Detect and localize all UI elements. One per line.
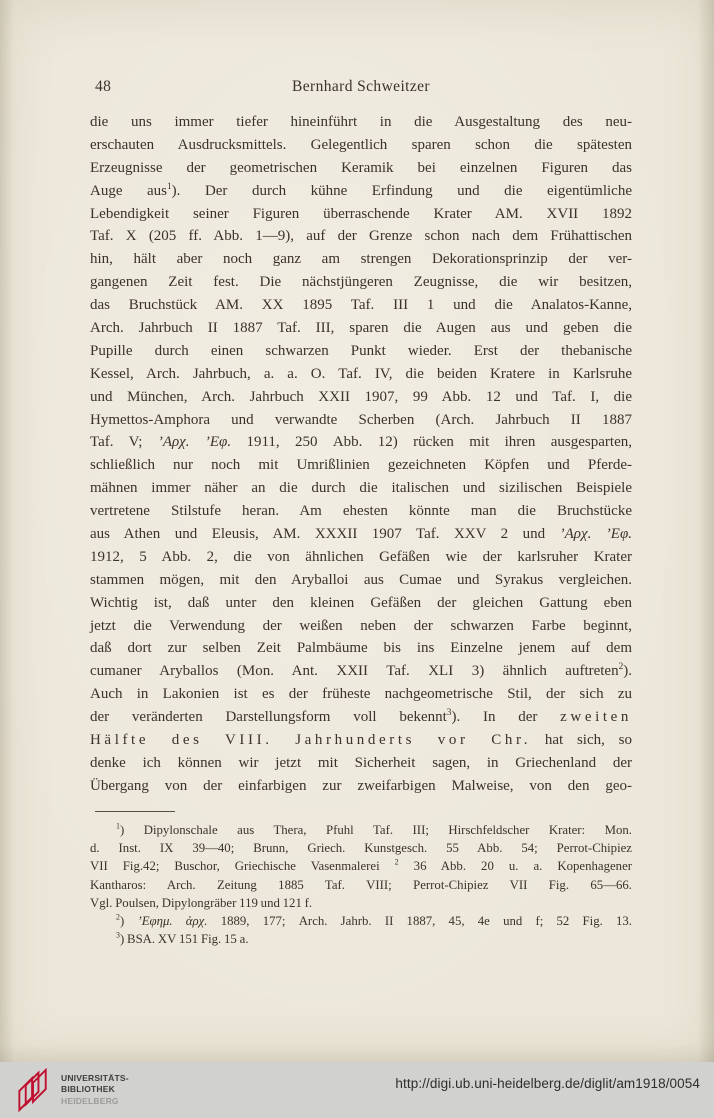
stacked-books-icon: [13, 1068, 53, 1112]
library-logo-text: UNIVERSITÄTS- BIBLIOTHEK HEIDELBERG: [61, 1073, 129, 1106]
text-line: und München, Arch. Jahrbuch XXII 1907, 9…: [90, 386, 632, 409]
text-line: 1912, 5 Abb. 2, die von ähnlichen Gefäße…: [90, 546, 632, 569]
footer-bar: UNIVERSITÄTS- BIBLIOTHEK HEIDELBERG http…: [0, 1062, 714, 1118]
text-line: der veränderten Darstellungsform voll be…: [90, 706, 632, 729]
text-line: Lebendigkeit seiner Figuren überraschend…: [90, 203, 632, 226]
text-line: die uns immer tiefer hineinführt in die …: [90, 111, 632, 134]
library-logo: UNIVERSITÄTS- BIBLIOTHEK HEIDELBERG: [13, 1068, 129, 1112]
text-line: Übergang von der einfarbigen zur zweifar…: [90, 775, 632, 798]
text-line: Hymettos-Amphora und verwandte Scherben …: [90, 409, 632, 432]
text-line: Auch in Lakonien ist es der früheste nac…: [90, 683, 632, 706]
footnote-line: Vgl. Poulsen, Dipylongräber 119 und 121 …: [90, 894, 632, 912]
footnote-line: 1) Dipylonschale aus Thera, Pfuhl Taf. I…: [90, 821, 632, 839]
text-line: stammen mögen, mit den Aryballoi aus Cum…: [90, 569, 632, 592]
text-line: Taf. V; ’Αρχ. ’Εφ. 1911, 250 Abb. 12) rü…: [90, 431, 632, 454]
body-text: die uns immer tiefer hineinführt in die …: [90, 111, 632, 798]
text-line: daß dort zur selben Zeit Palmbäume bis i…: [90, 637, 632, 660]
text-line: hin, hält aber noch ganz am strengen Dek…: [90, 248, 632, 271]
footnote-line: VII Fig.42; Buschor, Griechische Vasenma…: [90, 857, 632, 875]
text-line: Auge aus1). Der durch kühne Erfindung un…: [90, 180, 632, 203]
page-header: 48 Bernhard Schweitzer: [90, 78, 632, 96]
text-line: Pupille durch einen schwarzen Punkt wied…: [90, 340, 632, 363]
text-line: gangenen Zeit fest. Die nächstjüngeren Z…: [90, 271, 632, 294]
running-title: Bernhard Schweitzer: [90, 78, 632, 96]
footnote-line: 2) ’Εφημ. ἀρχ. 1889, 177; Arch. Jahrb. I…: [90, 912, 632, 930]
text-line: Kessel, Arch. Jahrbuch, a. a. O. Taf. IV…: [90, 363, 632, 386]
footnote-line: d. Inst. IX 39—40; Brunn, Griech. Kunstg…: [90, 839, 632, 857]
text-line: denke ich können wir jetzt mit Sicherhei…: [90, 752, 632, 775]
text-line: das Bruchstück AM. XX 1895 Taf. III 1 un…: [90, 294, 632, 317]
text-line: mähnen immer näher an die durch die ital…: [90, 477, 632, 500]
text-line: Hälfte des VIII. Jahrhunderts vor Chr. h…: [90, 729, 632, 752]
text-line: aus Athen und Eleusis, AM. XXXII 1907 Ta…: [90, 523, 632, 546]
logo-line-2: BIBLIOTHEK: [61, 1084, 129, 1095]
footnotes: 1) Dipylonschale aus Thera, Pfuhl Taf. I…: [90, 821, 632, 948]
text-line: Erzeugnisse der geometrischen Keramik be…: [90, 157, 632, 180]
logo-line-3: HEIDELBERG: [61, 1096, 129, 1107]
text-line: vertretene Stilstufe heran. Am ehesten k…: [90, 500, 632, 523]
text-line: erschauten Ausdrucksmittels. Gelegentlic…: [90, 134, 632, 157]
page-number: 48: [95, 78, 111, 96]
text-line: Taf. X (205 ff. Abb. 1—9), auf der Grenz…: [90, 225, 632, 248]
logo-line-1: UNIVERSITÄTS-: [61, 1073, 129, 1084]
footnote-line: 3) BSA. XV 151 Fig. 15 a.: [90, 930, 632, 948]
text-line: cumaner Aryballos (Mon. Ant. XXII Taf. X…: [90, 660, 632, 683]
scanned-page: 48 Bernhard Schweitzer die uns immer tie…: [0, 0, 714, 1062]
text-line: Arch. Jahrbuch II 1887 Taf. III, sparen …: [90, 317, 632, 340]
footnote-line: Kantharos: Arch. Zeitung 1885 Taf. VIII;…: [90, 876, 632, 894]
footnote-separator-rule: [95, 811, 175, 812]
text-line: jetzt die Verwendung der weißen neben de…: [90, 615, 632, 638]
text-line: Wichtig ist, daß unter den kleinen Gefäß…: [90, 592, 632, 615]
source-url: http://digi.ub.uni-heidelberg.de/diglit/…: [395, 1076, 700, 1091]
text-line: schließlich nur noch mit Umrißlinien gez…: [90, 454, 632, 477]
